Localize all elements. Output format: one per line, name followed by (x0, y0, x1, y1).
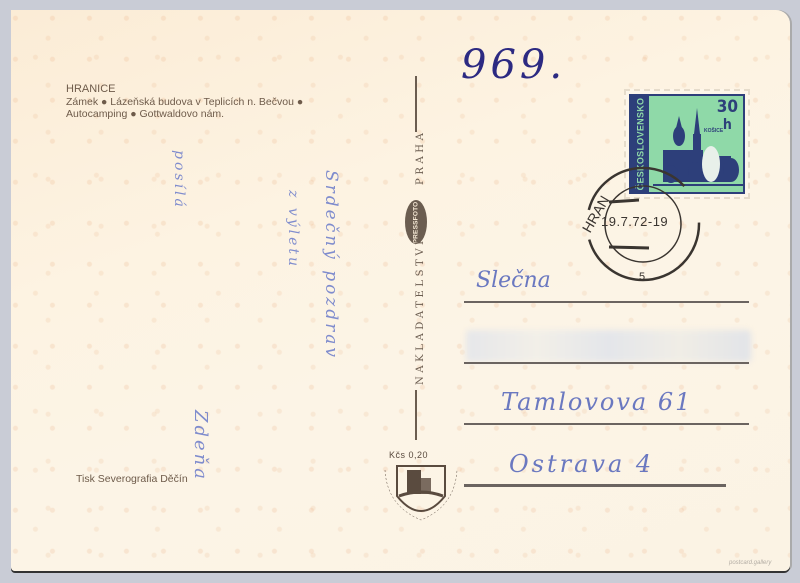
watermark: postcard.gallery (729, 560, 771, 566)
tax-stamp: Kčs 0,20 (377, 450, 465, 530)
message-line: posílá (171, 150, 187, 210)
address-salutation: Slečna (476, 268, 551, 293)
reference-number: 969. (461, 42, 566, 88)
message-line: z výletu (285, 190, 301, 269)
address-city: Ostrava 4 (509, 450, 654, 478)
castle-shield-icon (377, 450, 465, 530)
postcard-back: HRANICE Zámek ● Lázeňská budova v Teplic… (11, 10, 790, 571)
caption-line: Autocamping ● Gottwaldovo nám. (66, 108, 303, 121)
address-line (464, 423, 749, 425)
printer-credit: Tisk Severografia Děčín (76, 473, 188, 485)
caption-title: HRANICE (66, 83, 303, 96)
address-line (464, 362, 749, 364)
address-line (464, 301, 749, 303)
address-street: Tamlovova 61 (501, 388, 692, 416)
photo-caption: HRANICE Zámek ● Lázeňská budova v Teplic… (66, 83, 303, 121)
divider-line (415, 76, 417, 132)
redacted-name (466, 330, 751, 362)
message-signature: Zdeňa (190, 410, 211, 482)
address-line (464, 484, 726, 487)
publisher-name: NAKLADATELSTVÍ (415, 237, 426, 385)
svg-text:5: 5 (639, 271, 645, 282)
divider-line (415, 390, 417, 440)
message-line: Srdečný pozdrav (321, 170, 341, 360)
tax-price: Kčs 0,20 (389, 450, 428, 460)
postmark-date: 19.7.72-19 (601, 214, 668, 229)
publisher-city: PRAHA (415, 130, 426, 185)
caption-line: Zámek ● Lázeňská budova v Teplicích n. B… (66, 96, 303, 109)
